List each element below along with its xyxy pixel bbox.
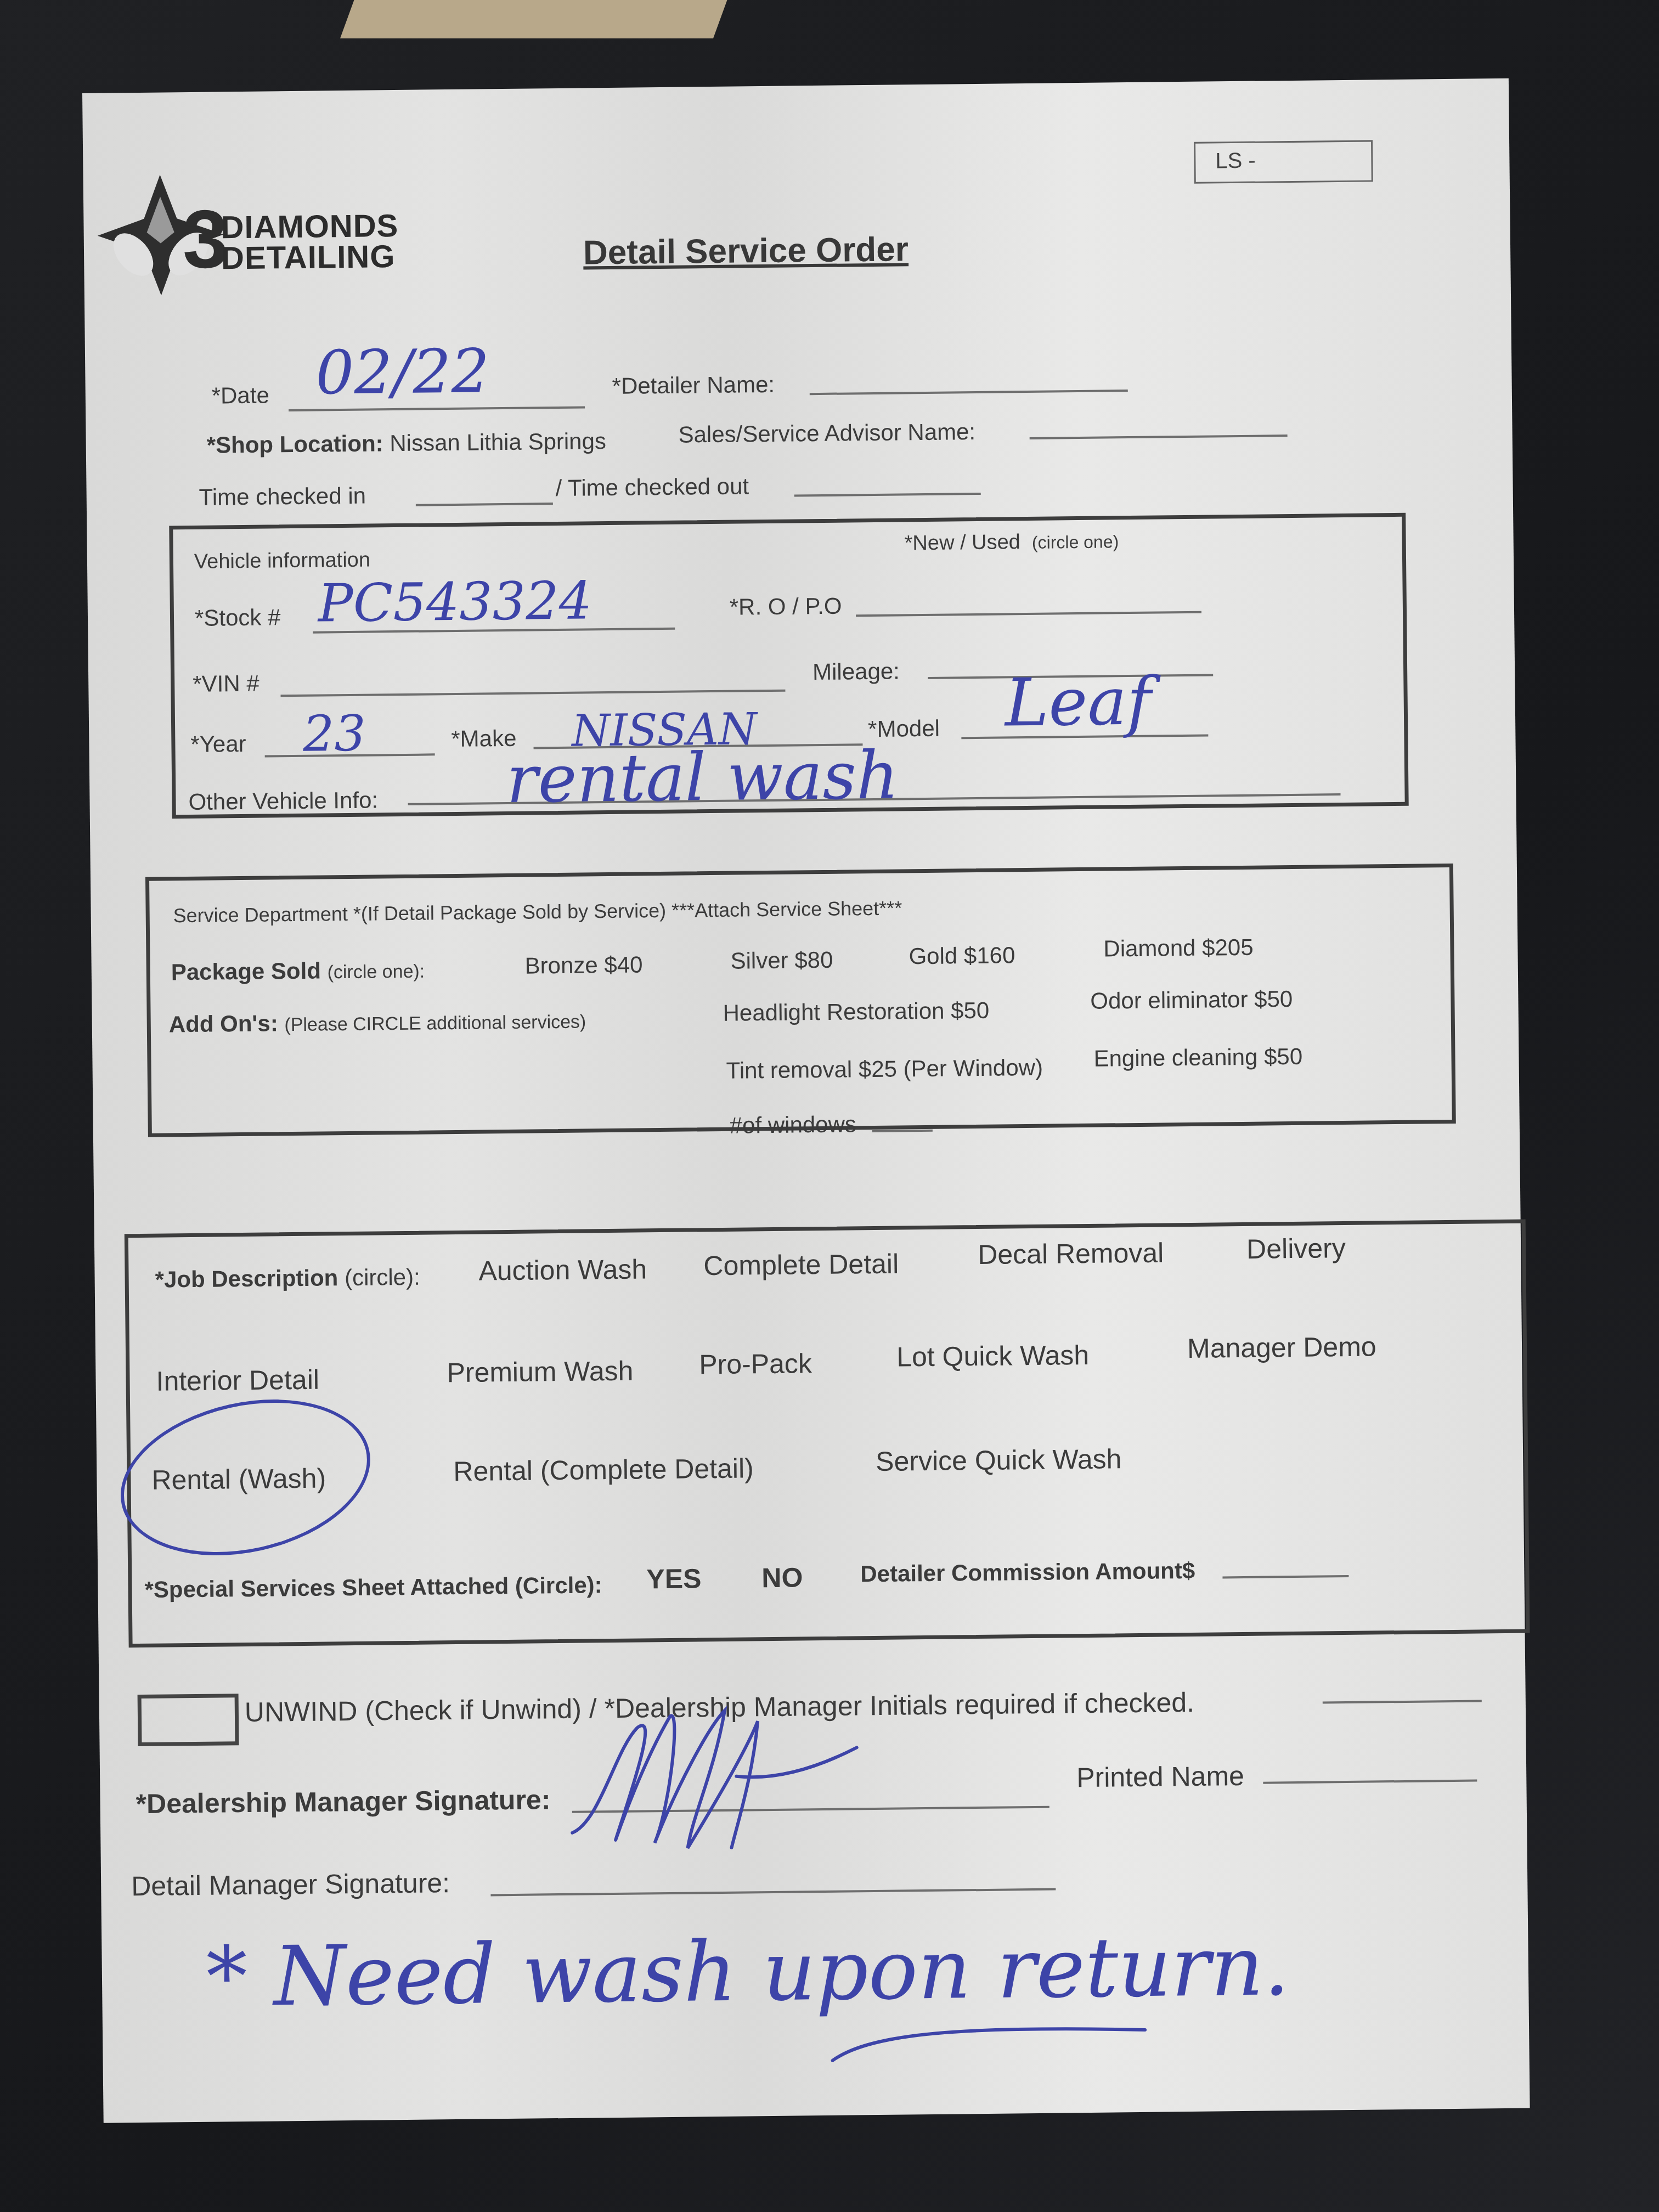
year-value: 23 — [303, 705, 366, 763]
special-services-label: *Special Services Sheet Attached (Circle… — [144, 1572, 602, 1602]
addon-option[interactable]: Engine cleaning $50 — [1093, 1043, 1302, 1072]
shop-location-label: *Shop Location: — [206, 430, 383, 458]
diamond-star-icon: 3 — [94, 171, 227, 299]
vin-label: *VIN # — [193, 670, 259, 697]
advisor-field[interactable] — [1030, 435, 1288, 439]
detailer-name-field[interactable] — [810, 390, 1128, 395]
page-title: Detail Service Order — [583, 230, 909, 272]
job-description-label: *Job Description — [155, 1265, 338, 1292]
time-in-label: Time checked in — [199, 483, 366, 511]
package-sold-label: Package Sold — [171, 958, 321, 985]
stock-value: PC543324 — [318, 571, 592, 634]
addon-option[interactable]: Odor eliminator $50 — [1090, 986, 1293, 1014]
addon-option[interactable]: Headlight Restoration $50 — [723, 997, 989, 1026]
job-option[interactable]: Auction Wash — [478, 1253, 647, 1286]
package-sold-hint: (circle one): — [327, 961, 425, 983]
dealer-signature-label: *Dealership Manager Signature: — [136, 1784, 550, 1820]
package-option[interactable]: Diamond $205 — [1103, 934, 1254, 962]
commission-label: Detailer Commission Amount$ — [860, 1558, 1195, 1587]
job-option[interactable]: Rental (Complete Detail) — [453, 1452, 754, 1487]
addon-option[interactable]: Tint removal $25 (Per Window) — [726, 1054, 1043, 1084]
signature-scribble-icon — [549, 1701, 1099, 1871]
new-used-label[interactable]: *New / Used — [904, 531, 1020, 555]
logo-line-1: DIAMONDS — [221, 211, 398, 243]
job-option[interactable]: Pro-Pack — [699, 1347, 812, 1380]
job-option[interactable]: Premium Wash — [447, 1355, 633, 1389]
detail-signature-label: Detail Manager Signature: — [131, 1867, 450, 1902]
service-order-sheet: LS - 3 DIAMONDS DETAILING Detail Service… — [82, 78, 1530, 2123]
reference-box[interactable]: LS - — [1194, 140, 1373, 183]
job-option[interactable]: Interior Detail — [156, 1364, 319, 1397]
time-out-label: / Time checked out — [555, 473, 749, 501]
time-in-field[interactable] — [416, 503, 553, 506]
other-info-value: rental wash — [506, 737, 899, 817]
printed-name-label: Printed Name — [1076, 1760, 1244, 1793]
job-option[interactable]: Lot Quick Wash — [896, 1339, 1090, 1373]
date-label: *Date — [212, 382, 270, 409]
advisor-label: Sales/Service Advisor Name: — [678, 419, 975, 448]
new-used-hint: (circle one) — [1032, 532, 1119, 552]
handwritten-note: * Need wash upon return. — [206, 1918, 1290, 2025]
special-yes-option[interactable]: YES — [646, 1562, 702, 1595]
stock-label: *Stock # — [195, 604, 281, 631]
svg-text:3: 3 — [182, 193, 227, 285]
logo-line-2: DETAILING — [221, 241, 399, 274]
job-option[interactable]: Manager Demo — [1187, 1330, 1376, 1364]
detail-signature-field[interactable] — [490, 1888, 1056, 1897]
logo: 3 — [94, 171, 227, 302]
addons-label: Add On's: — [169, 1010, 278, 1037]
job-option[interactable]: Complete Detail — [703, 1248, 899, 1282]
time-out-field[interactable] — [794, 493, 981, 497]
mileage-label: Mileage: — [812, 658, 900, 685]
model-value: Leaf — [1005, 664, 1152, 742]
shop-location-value: Nissan Lithia Springs — [390, 428, 606, 456]
ro-po-label: *R. O / P.O — [730, 593, 842, 620]
vehicle-section-label: Vehicle information — [194, 549, 371, 574]
year-label: *Year — [190, 731, 246, 758]
underline-stroke-icon — [827, 2013, 1156, 2066]
job-option[interactable]: Decal Removal — [978, 1237, 1164, 1271]
windows-label: #of windows — [730, 1111, 857, 1138]
logo-text: DIAMONDS DETAILING — [221, 211, 399, 274]
unwind-initials-field[interactable] — [1323, 1700, 1482, 1703]
package-option[interactable]: Silver $80 — [730, 947, 833, 974]
package-option[interactable]: Bronze $40 — [524, 951, 642, 979]
cardboard-edge — [340, 0, 735, 38]
windows-field[interactable] — [872, 1130, 933, 1132]
package-option[interactable]: Gold $160 — [909, 942, 1015, 969]
other-info-label: Other Vehicle Info: — [188, 787, 378, 815]
reference-label: LS - — [1215, 149, 1256, 174]
job-description-hint: (circle): — [345, 1264, 420, 1290]
date-value: 02/22 — [315, 336, 490, 408]
job-option[interactable]: Delivery — [1246, 1232, 1346, 1265]
special-no-option[interactable]: NO — [761, 1561, 803, 1594]
detailer-name-label: *Detailer Name: — [612, 371, 775, 399]
addons-hint: (Please CIRCLE additional services) — [284, 1011, 586, 1035]
unwind-checkbox[interactable] — [138, 1694, 239, 1746]
printed-name-field[interactable] — [1263, 1780, 1477, 1784]
job-option[interactable]: Service Quick Wash — [876, 1443, 1122, 1477]
